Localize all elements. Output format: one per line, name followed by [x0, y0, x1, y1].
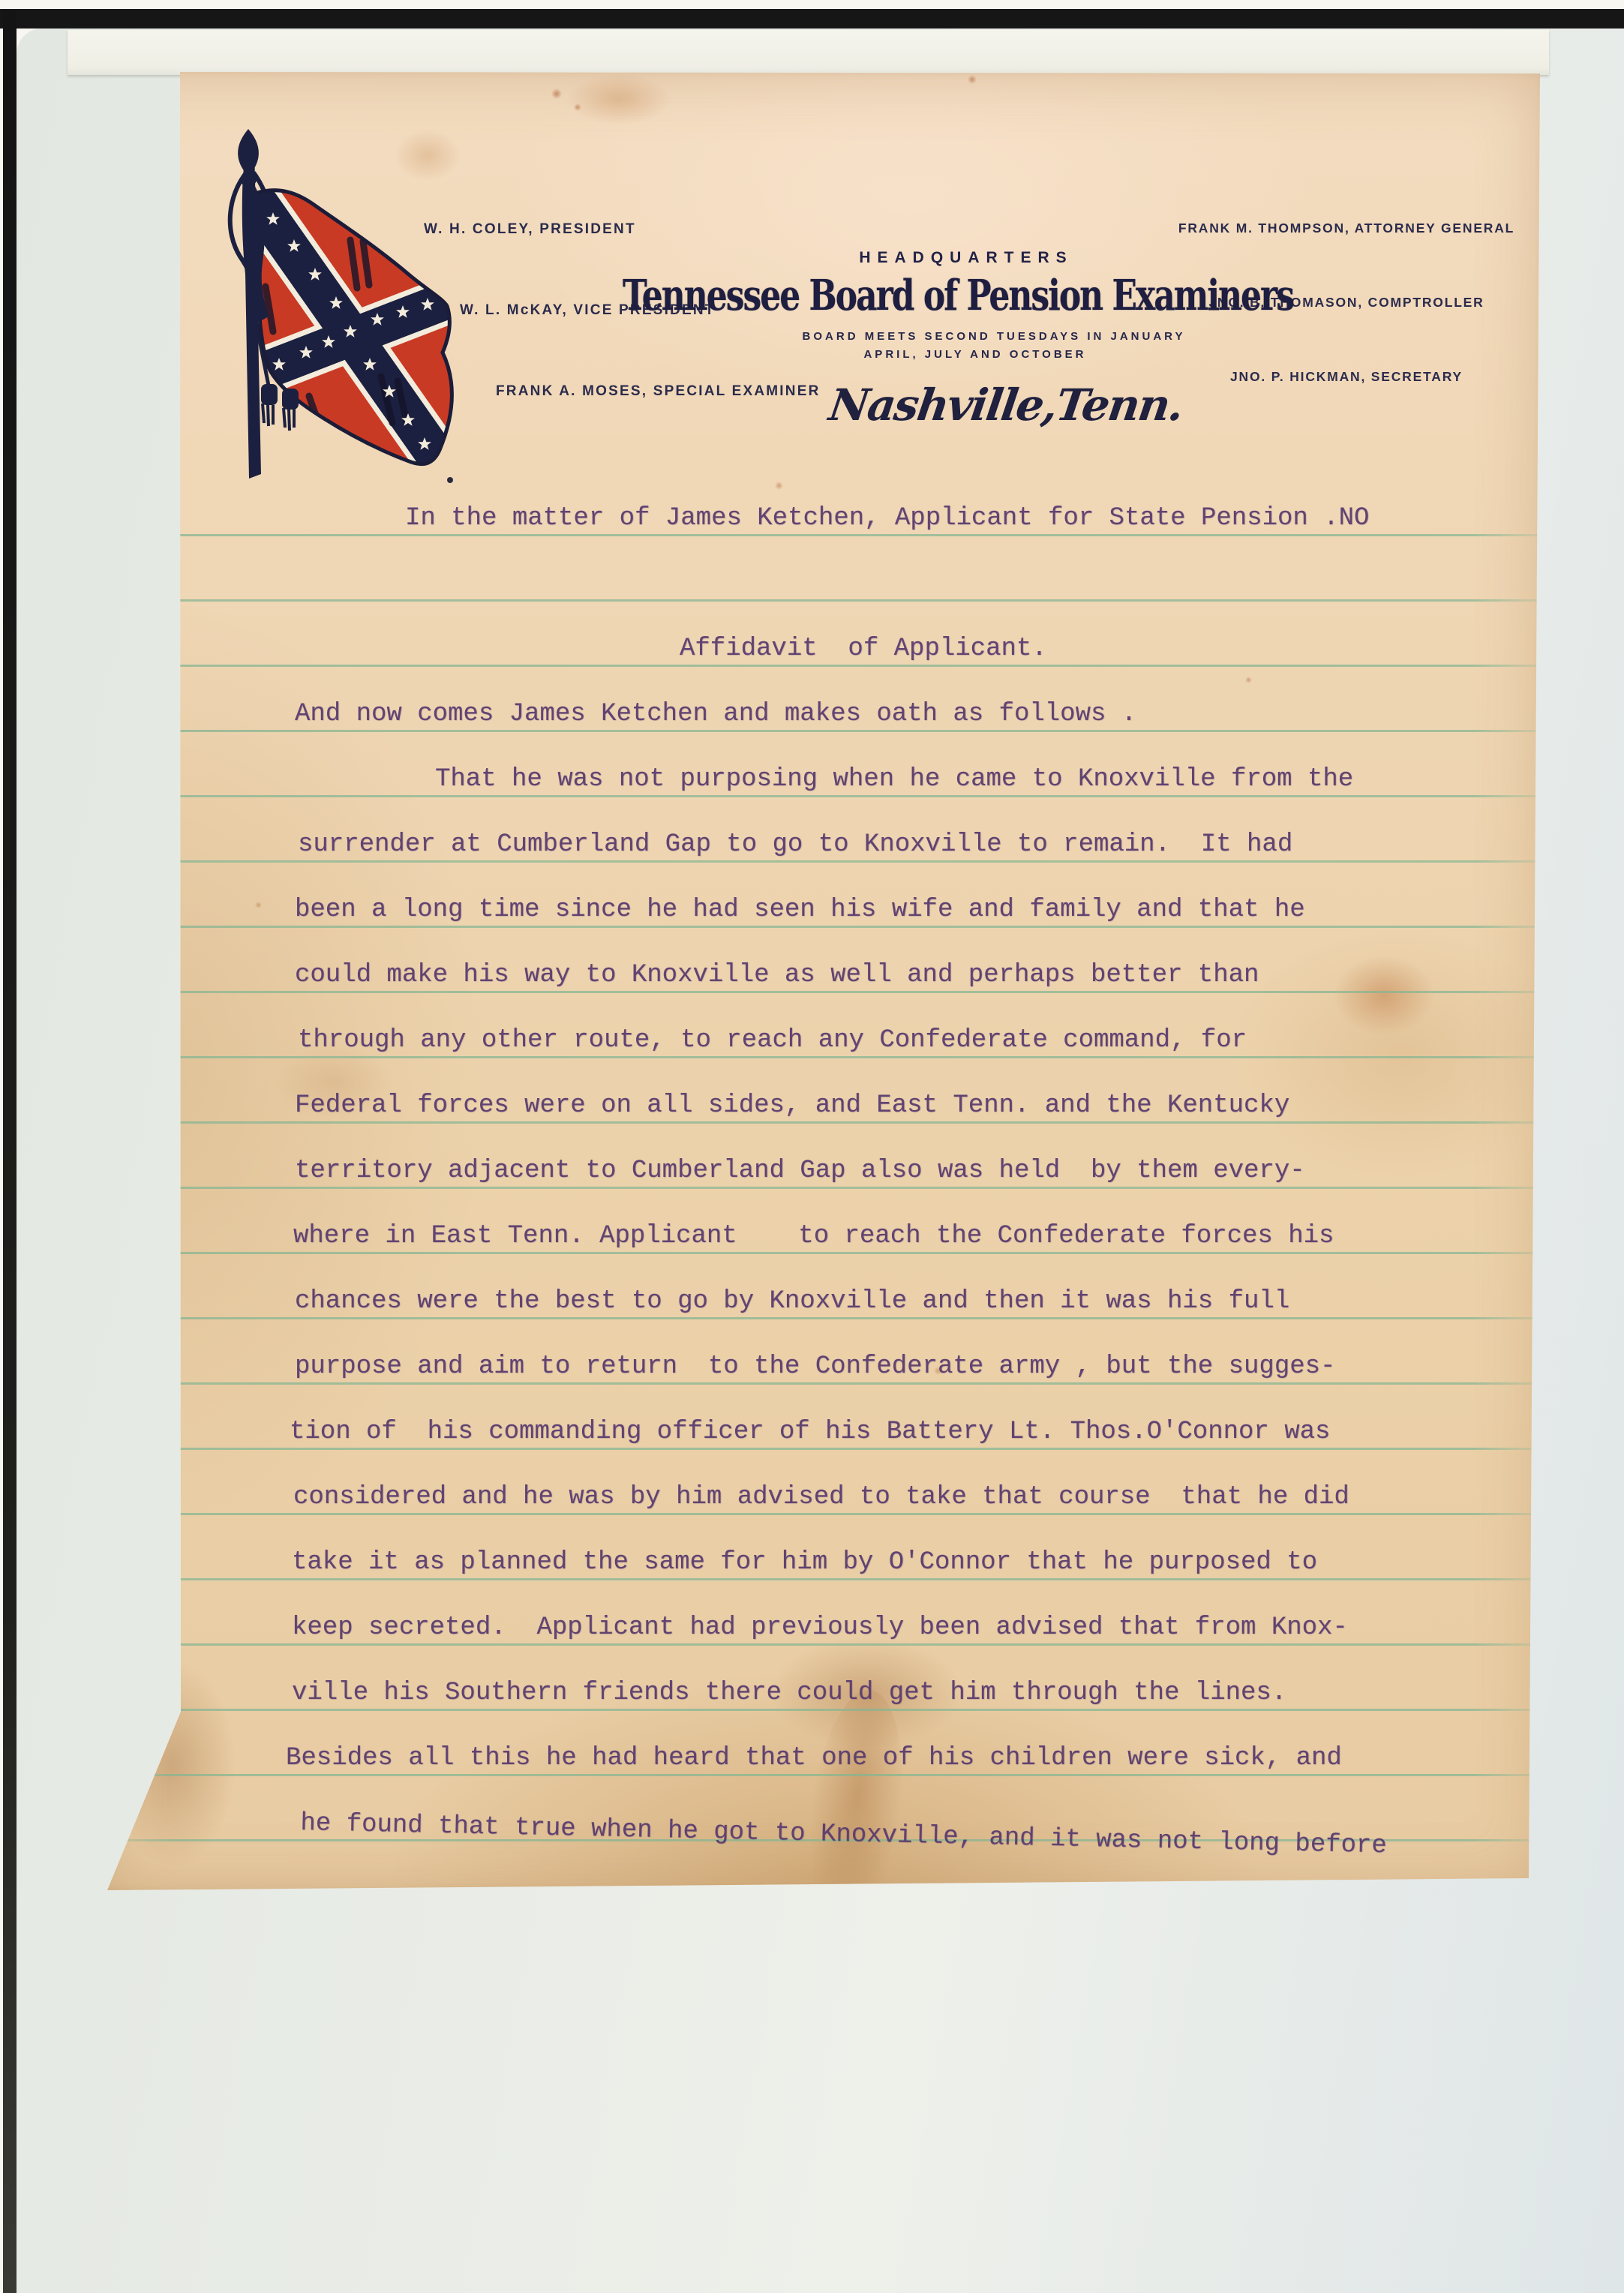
ruled-line — [101, 1382, 1545, 1385]
officer-line: W. H. COLEY, PRESIDENT — [424, 216, 821, 243]
scanner-edge-top — [0, 9, 1624, 29]
ruled-line — [101, 599, 1545, 602]
ruled-line — [101, 926, 1545, 928]
stain — [566, 73, 671, 125]
scanner-edge-left — [3, 9, 17, 2293]
stain — [1331, 954, 1436, 1037]
foxing-dot — [551, 89, 562, 99]
organization-title: Tennessee Board of Pension Examiners — [623, 272, 1293, 320]
officer-line: FRANK A. MOSES, SPECIAL EXAMINER — [496, 378, 821, 405]
typed-line: ville his Southern friends there could g… — [292, 1678, 1286, 1708]
ruled-line — [101, 1121, 1545, 1124]
ruled-line — [101, 1709, 1545, 1711]
typed-line: been a long time since he had seen his w… — [295, 895, 1305, 925]
meeting-note-line2: APRIL, JULY AND OCTOBER — [863, 348, 1086, 361]
typed-line: territory adjacent to Cumberland Gap als… — [295, 1156, 1305, 1186]
ruled-line — [101, 1513, 1545, 1515]
headquarters-label: HEADQUARTERS — [859, 249, 1073, 267]
ruled-line — [101, 534, 1545, 536]
city-line: Nashville,Tenn. — [826, 380, 1186, 431]
typed-line: chances were the best to go by Knoxville… — [295, 1286, 1289, 1316]
typed-line: And now comes James Ketchen and makes oa… — [295, 699, 1136, 729]
scanned-document-page: { "scan_colors": { "paper_tan": "#ecd2ab… — [0, 0, 1624, 2293]
typed-line: through any other route, to reach any Co… — [298, 1025, 1247, 1055]
ruled-line — [101, 1187, 1545, 1189]
letter-paper: W. H. COLEY, PRESIDENT W. L. McKAY, VICE… — [101, 69, 1545, 1893]
ruled-line — [101, 665, 1545, 667]
ruled-line — [101, 1643, 1545, 1646]
typed-line: surrender at Cumberland Gap to go to Kno… — [298, 830, 1292, 860]
ruled-line — [101, 1774, 1545, 1776]
foxing-dot — [255, 902, 262, 908]
typed-line: purpose and aim to return to the Confede… — [295, 1352, 1335, 1382]
foxing-dot — [968, 75, 977, 84]
typed-line: take it as planned the same for him by O… — [292, 1547, 1317, 1577]
meeting-note-line1: BOARD MEETS SECOND TUESDAYS IN JANUARY — [803, 330, 1186, 343]
typed-line: considered and he was by him advised to … — [293, 1482, 1349, 1512]
ruled-line — [101, 860, 1545, 863]
typed-line: That he was not purposing when he came t… — [435, 764, 1353, 794]
foxing-dot — [775, 482, 783, 490]
typed-line: could make his way to Knoxville as well … — [295, 960, 1259, 990]
ruled-line — [101, 1448, 1545, 1450]
backing-sheet-top-strip — [68, 30, 1549, 75]
typed-line: where in East Tenn. Applicant to reach t… — [293, 1221, 1334, 1251]
ruled-line — [101, 730, 1545, 732]
typed-line: he found that true when he got to Knoxvi… — [300, 1808, 1387, 1861]
typed-line-case-caption: In the matter of James Ketchen, Applican… — [405, 503, 1369, 533]
foxing-dot — [574, 104, 581, 111]
typed-line: tion of his commanding officer of his Ba… — [290, 1417, 1330, 1447]
foxing-dot — [1245, 677, 1252, 683]
typed-line: Federal forces were on all sides, and Ea… — [295, 1091, 1289, 1121]
ruled-line — [101, 991, 1545, 993]
ruled-line — [101, 795, 1545, 797]
officer-line: JNO. P. HICKMAN, SECRETARY — [1178, 365, 1514, 389]
typed-line: keep secreted. Applicant had previously … — [292, 1613, 1348, 1643]
ruled-line — [101, 1252, 1545, 1254]
ruled-line — [101, 1056, 1545, 1058]
ruled-line — [101, 1317, 1545, 1319]
officer-line: FRANK M. THOMPSON, ATTORNEY GENERAL — [1178, 216, 1514, 241]
ruled-line — [101, 1578, 1545, 1580]
typed-line: Besides all this he had heard that one o… — [286, 1743, 1342, 1773]
typed-line-heading: Affidavit of Applicant. — [680, 634, 1047, 664]
